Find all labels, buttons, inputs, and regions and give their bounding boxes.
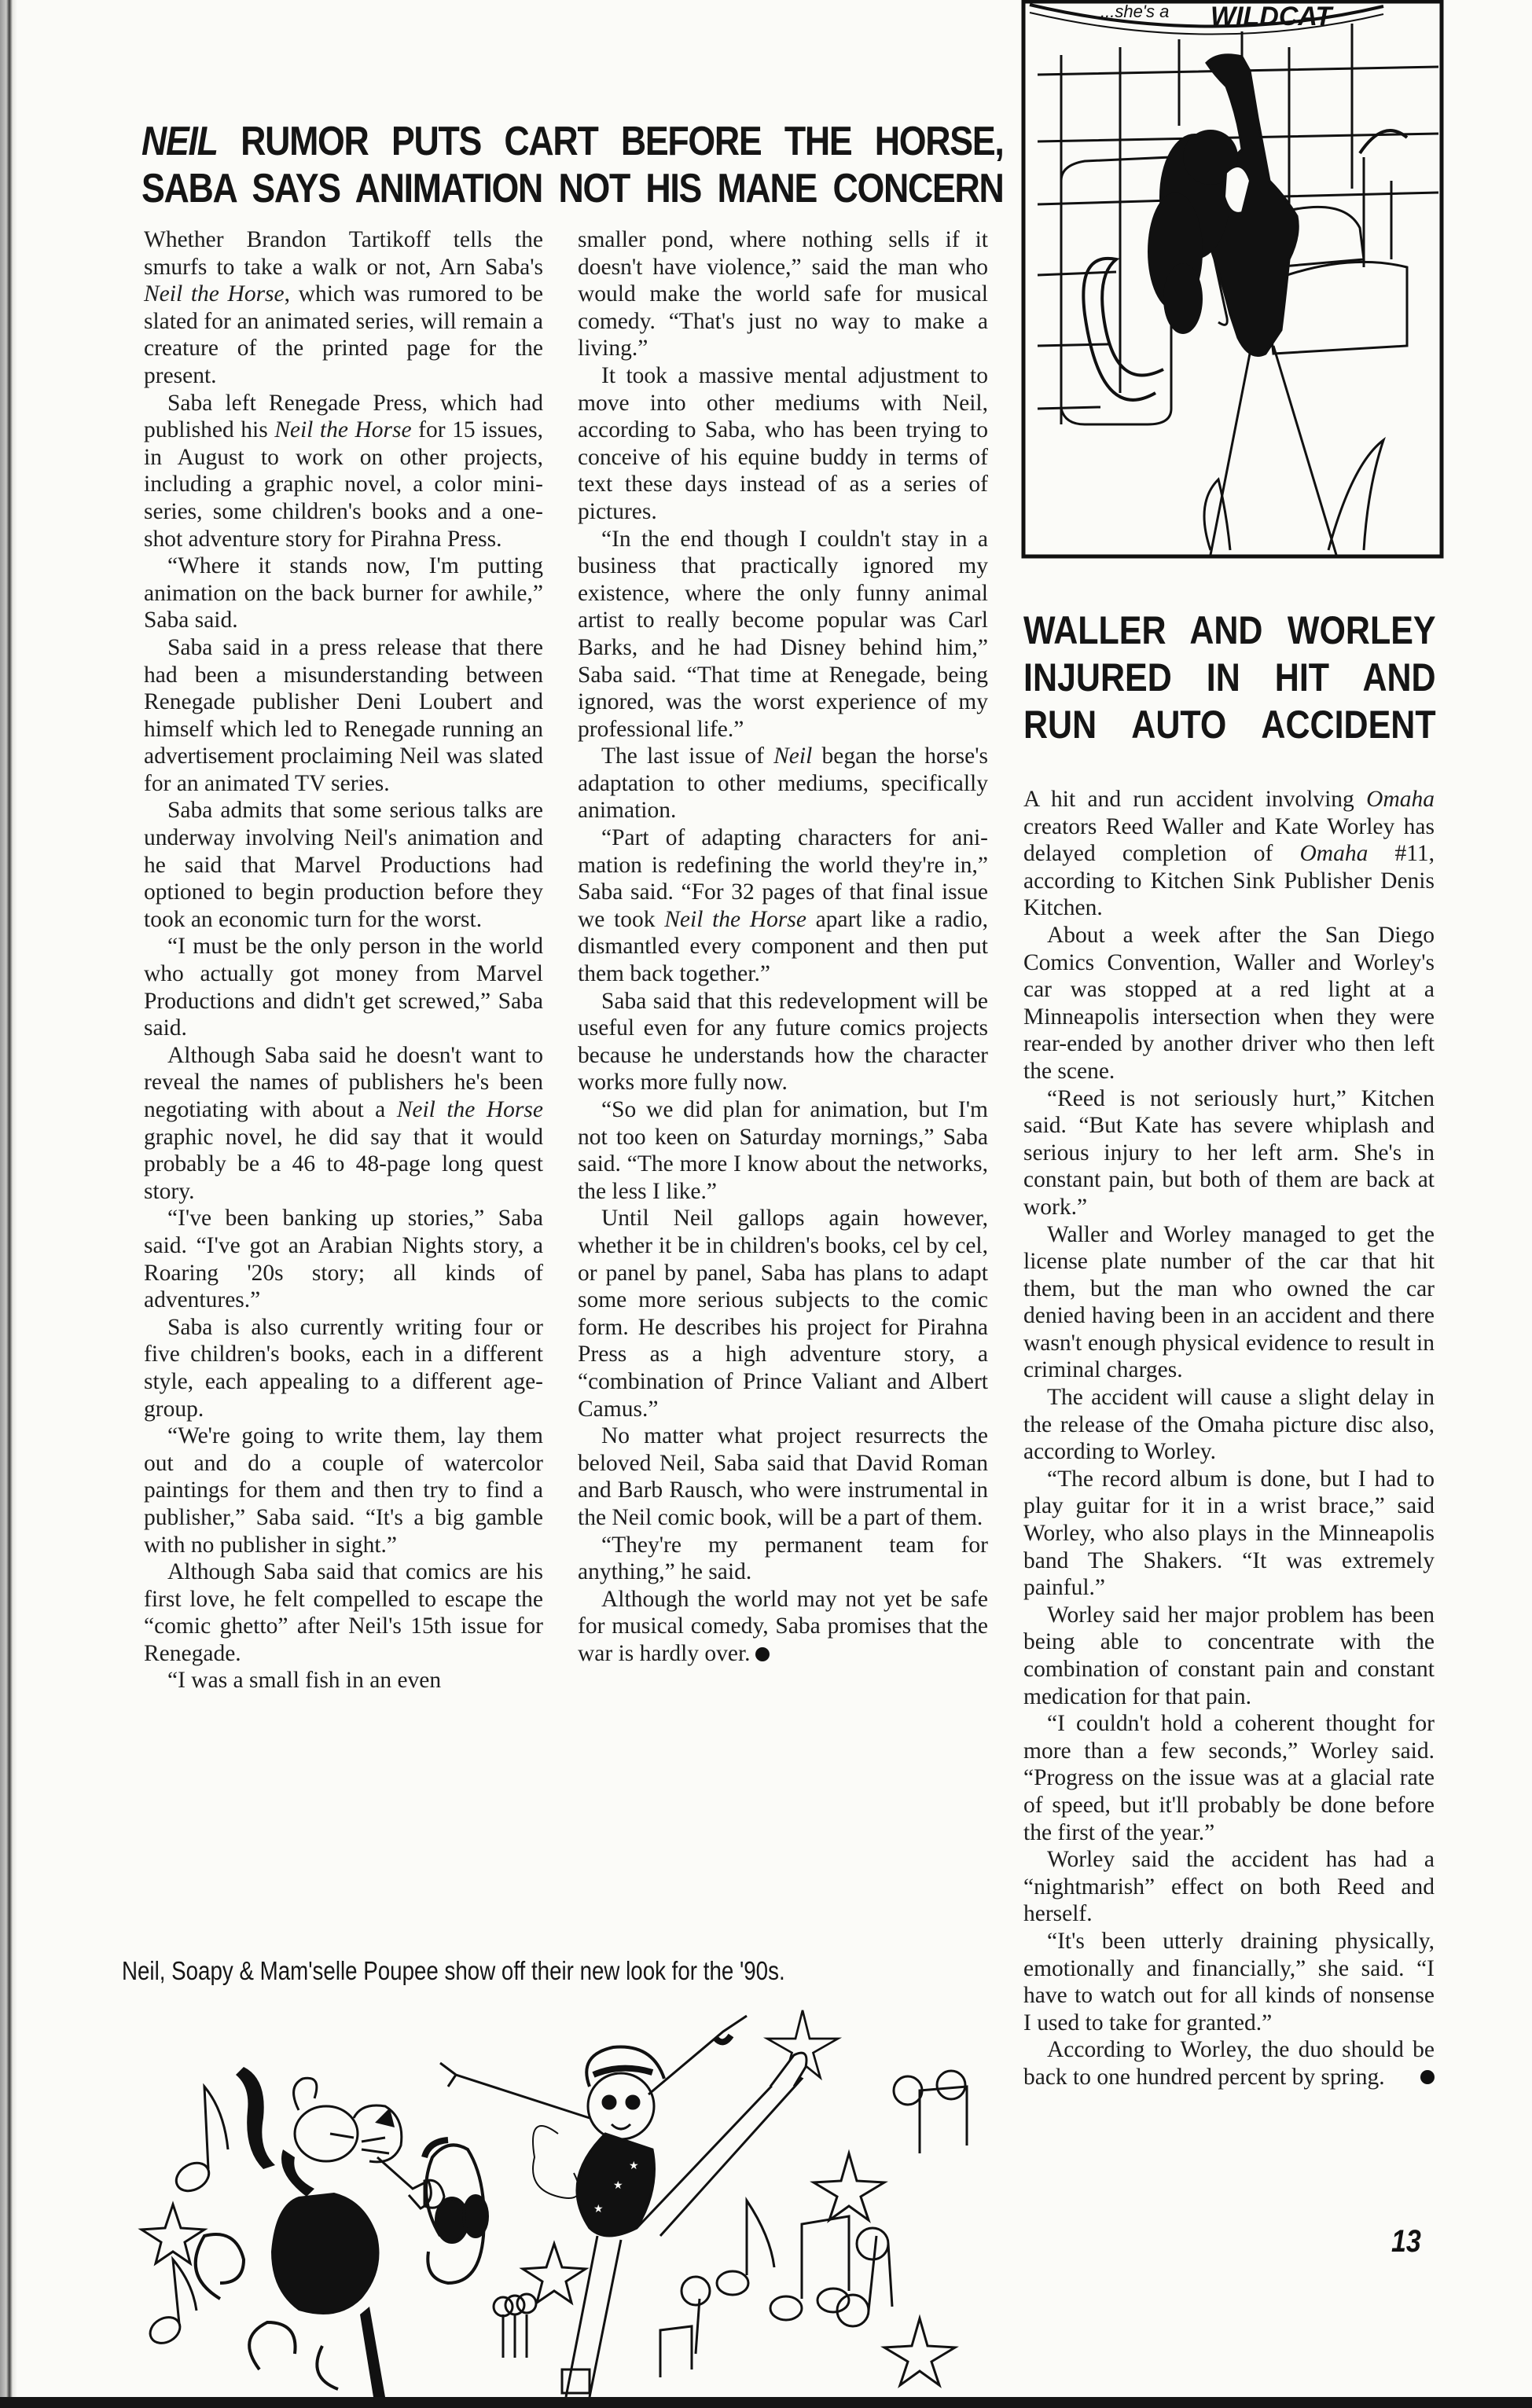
neil-soapy-poupee-illustration: ★★★ <box>118 2000 998 2397</box>
side-headline-line-2: INJURED IN HIT AND <box>1023 654 1436 701</box>
italic-title: Neil <box>773 743 812 769</box>
page-bottom-edge <box>0 2397 1532 2408</box>
article-paragraph: “They're my permanent team for anything,… <box>578 1532 988 1586</box>
article-paragraph: “We're going to write them, lay them out… <box>144 1422 543 1558</box>
article-paragraph: According to Worley, the duo should be b… <box>1023 2036 1435 2090</box>
paragraph-text: “I've been banking up stories,” Saba sai… <box>144 1206 543 1312</box>
article-paragraph: The last issue of Neil began the horse's… <box>578 743 988 824</box>
paragraph-text: “I was a small fish in an even <box>167 1668 441 1693</box>
article-paragraph: Saba said that this redevelopment will b… <box>578 988 988 1096</box>
article-paragraph: Until Neil gallops again however, whethe… <box>578 1205 988 1422</box>
paragraph-text: Although Saba said that comics are his f… <box>144 1559 543 1666</box>
paragraph-text: Worley said the accident has had a “nigh… <box>1023 1847 1435 1926</box>
article-column-right: A hit and run accident involving Omaha c… <box>1023 786 1435 2091</box>
paragraph-text: “It's been utterly draining physic­ally,… <box>1023 1929 1435 2035</box>
main-headline: NEIL RUMOR PUTS CART BEFORE THE HORSE, S… <box>141 118 882 212</box>
svg-text:★: ★ <box>613 2180 623 2192</box>
italic-title: Omaha <box>1366 787 1435 812</box>
article-paragraph: “It's been utterly draining physic­ally,… <box>1023 1928 1435 2036</box>
article-paragraph: Worley said her major problem has been b… <box>1023 1602 1435 1710</box>
article-paragraph: It took a massive mental adjustment to m… <box>578 362 988 526</box>
article-paragraph: The accident will cause a slight delay i… <box>1023 1384 1435 1466</box>
italic-title: Neil the Horse <box>664 907 806 932</box>
paragraph-text: The last issue of <box>601 743 773 769</box>
article-paragraph: A hit and run accident involving Omaha c… <box>1023 786 1435 922</box>
svg-text:★: ★ <box>629 2160 639 2172</box>
article-column-left: Whether Brandon Tartikoff tells the smur… <box>144 226 543 1694</box>
article-paragraph: “I've been banking up stories,” Saba sai… <box>144 1205 543 1313</box>
article-paragraph: No matter what project resurrects the be… <box>578 1422 988 1531</box>
paragraph-text: “I must be the only person in the world … <box>144 934 543 1041</box>
headline-neil-italic: NEIL <box>141 119 218 164</box>
banner-text-small: ...she's a <box>1100 2 1169 21</box>
article-paragraph: Although the world may not yet be safe f… <box>578 1586 988 1668</box>
article-paragraph: “So we did plan for animation, but I'm n… <box>578 1096 988 1205</box>
side-headline-line-3: RUN AUTO ACCIDENT <box>1023 701 1436 748</box>
paragraph-text: It took a massive mental adjustment to m… <box>578 363 988 524</box>
paragraph-text: graphic novel, he did say that it would … <box>144 1125 543 1204</box>
paragraph-text: Although the world may not yet be safe f… <box>578 1587 988 1666</box>
paragraph-text: According to Worley, the duo should be b… <box>1023 2037 1435 2090</box>
paragraph-text: Waller and Worley managed to get the lic… <box>1023 1222 1435 1383</box>
paragraph-text: Saba is also currently writing four or f… <box>144 1315 543 1422</box>
side-headline-line-1: WALLER AND WORLEY <box>1023 607 1436 654</box>
paragraph-text: The accident will cause a slight delay i… <box>1023 1385 1435 1464</box>
article-paragraph: Saba left Renegade Press, which had publ… <box>144 390 543 553</box>
paragraph-text: “They're my permanent team for anything,… <box>578 1533 988 1585</box>
side-headline: WALLER AND WORLEY INJURED IN HIT AND RUN… <box>1023 607 1436 748</box>
italic-title: Omaha <box>1299 841 1368 866</box>
paragraph-text: Saba said that this redevelopment will b… <box>578 989 988 1096</box>
paragraph-text: A hit and run accident involving <box>1023 787 1366 812</box>
article-paragraph: Whether Brandon Tartikoff tells the smur… <box>144 226 543 390</box>
page-number: 13 <box>1391 2224 1421 2259</box>
paragraph-text: Saba said in a press release that there … <box>144 635 543 796</box>
article-paragraph: “The record album is done, but I had to … <box>1023 1466 1435 1602</box>
paragraph-text: About a week after the San Diego Comics … <box>1023 923 1435 1084</box>
paragraph-text: Until Neil gallops again however, whethe… <box>578 1206 988 1421</box>
article-paragraph: “I must be the only person in the world … <box>144 933 543 1041</box>
paragraph-text: “So we did plan for animation, but I'm n… <box>578 1097 988 1204</box>
svg-text:★: ★ <box>593 2204 604 2215</box>
article-paragraph: Waller and Worley managed to get the lic… <box>1023 1221 1435 1385</box>
article-paragraph: “Reed is not seriously hurt,” Kitchen sa… <box>1023 1085 1435 1221</box>
italic-title: Neil the Horse <box>397 1097 543 1122</box>
article-paragraph: Worley said the accident has had a “nigh… <box>1023 1846 1435 1928</box>
article-paragraph: “Part of adapting characters for ani­mat… <box>578 824 988 988</box>
article-paragraph: “I was a small fish in an even <box>144 1667 543 1694</box>
article-paragraph: “Where it stands now, I'm putting animat… <box>144 552 543 634</box>
paragraph-text: “In the end though I couldn't stay in a … <box>578 527 988 742</box>
article-paragraph: Saba is also currently writing four or f… <box>144 1314 543 1422</box>
paragraph-text: Whether Brandon Tartikoff tells the smur… <box>144 227 543 280</box>
paragraph-text: “Reed is not seriously hurt,” Kitchen sa… <box>1023 1086 1435 1220</box>
article-paragraph: Saba said in a press release that there … <box>144 634 543 798</box>
article-column-middle: smaller pond, where nothing sells if it … <box>578 226 988 1667</box>
article-paragraph: “I couldn't hold a coherent thought for … <box>1023 1710 1435 1846</box>
paragraph-text: Worley said her major problem has been b… <box>1023 1602 1435 1709</box>
article-paragraph: “In the end though I couldn't stay in a … <box>578 526 988 743</box>
paragraph-text: smaller pond, where nothing sells if it … <box>578 227 988 361</box>
end-of-article-bullet-icon <box>1420 2070 1435 2084</box>
article-paragraph: About a week after the San Diego Comics … <box>1023 922 1435 1085</box>
paragraph-text: “We're going to write them, lay them out… <box>144 1423 543 1557</box>
paragraph-text: “Where it stands now, I'm putting animat… <box>144 553 543 633</box>
article-paragraph: Although Saba said he doesn't want to re… <box>144 1042 543 1206</box>
headline-line-1-text: RUMOR PUTS CART BEFORE THE HORSE, <box>218 119 1004 164</box>
wildcat-dancer-illustration: ...she's a WILDCAT <box>1014 0 1446 560</box>
main-headline-line-2: SABA SAYS ANIMATION NOT HIS MANE CONCERN <box>141 165 1004 212</box>
italic-title: Neil the Horse <box>144 281 285 307</box>
paragraph-text: “The record album is done, but I had to … <box>1023 1466 1435 1600</box>
main-headline-line-1: NEIL RUMOR PUTS CART BEFORE THE HORSE, <box>141 118 1004 165</box>
end-of-article-bullet-icon <box>755 1647 770 1661</box>
banner-text-large: WILDCAT <box>1211 2 1334 31</box>
paragraph-text: Saba admits that some serious talks are … <box>144 798 543 931</box>
paragraph-text: No matter what project resurrects the be… <box>578 1423 988 1530</box>
paragraph-text: “I couldn't hold a coherent thought for … <box>1023 1711 1435 1845</box>
music-note-icon <box>171 2087 228 2197</box>
article-paragraph: smaller pond, where nothing sells if it … <box>578 226 988 362</box>
article-paragraph: Saba admits that some serious talks are … <box>144 797 543 933</box>
italic-title: Neil the Horse <box>274 417 411 442</box>
illustration-caption: Neil, Soapy & Mam'selle Poupee show off … <box>122 1955 862 1987</box>
article-paragraph: Although Saba said that comics are his f… <box>144 1558 543 1667</box>
page-binding-edge <box>0 0 17 2408</box>
